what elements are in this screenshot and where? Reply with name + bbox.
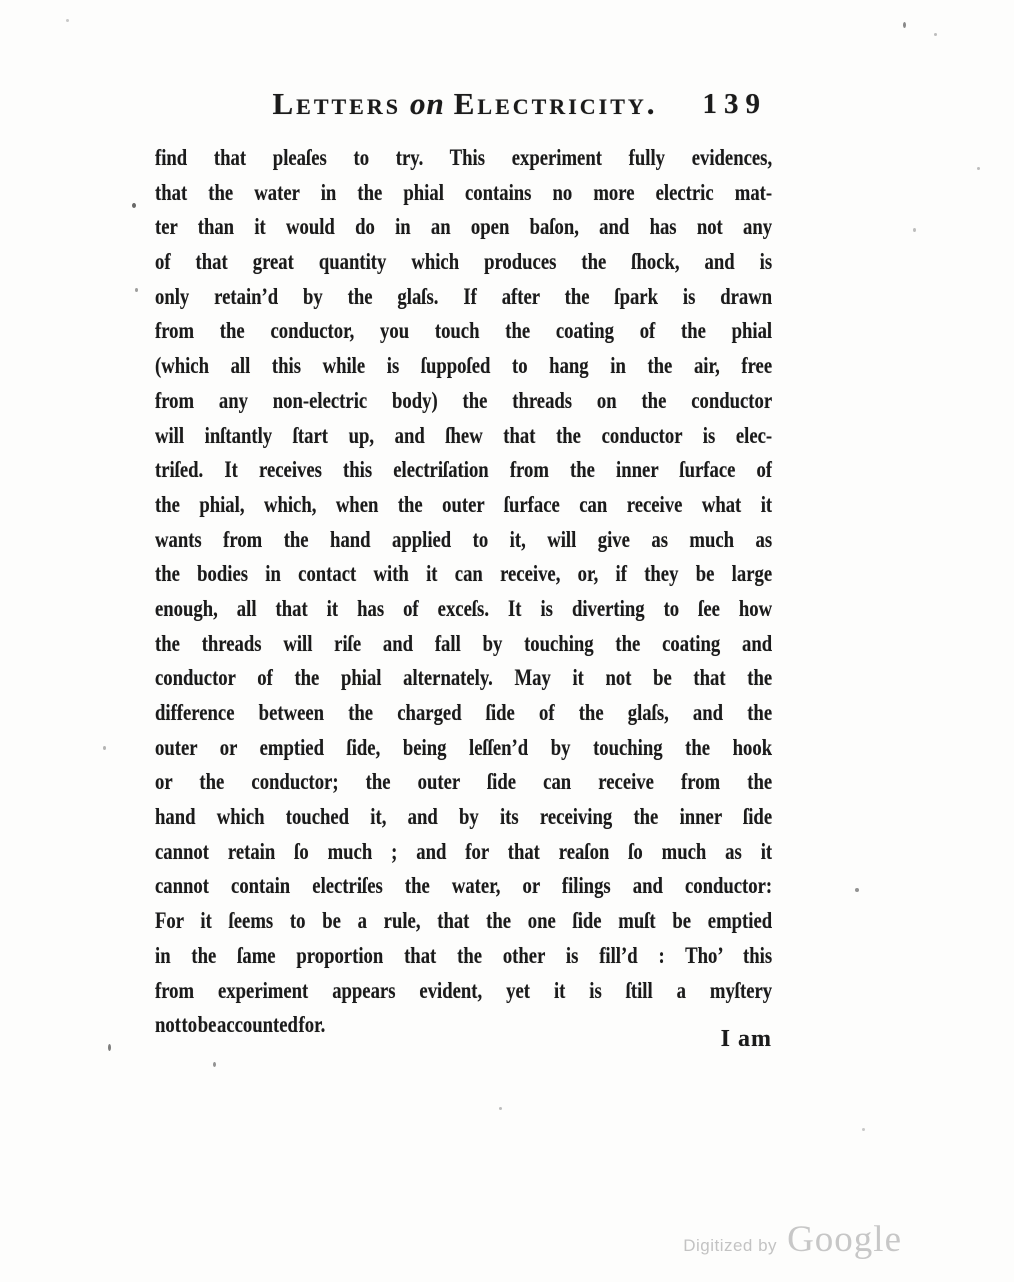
text-line: only retain’d by the glaſs. If after the… (155, 280, 772, 315)
ink-speck (135, 288, 138, 292)
running-title-word-left: Letters (272, 86, 401, 121)
ink-speck (213, 1062, 216, 1067)
book-page-scan: LettersonElectricity. 139 find that plea… (0, 0, 1014, 1282)
closing-line: I am (155, 1026, 772, 1053)
running-title-conjunction: on (410, 86, 445, 121)
text-line: from any non-electric body) the threads … (155, 384, 772, 419)
ink-speck (977, 167, 980, 170)
text-line: For it ſeems to be a rule, that the one … (155, 904, 772, 939)
text-line: enough, all that it has of exceſs. It is… (155, 592, 772, 627)
page-number: 139 (703, 88, 768, 121)
ink-speck (855, 888, 859, 892)
text-line: cannot contain electriſes the water, or … (155, 869, 772, 904)
text-line: outer or emptied ſide, being leſſen’d by… (155, 731, 772, 766)
text-line: the phial, which, when the outer ſurface… (155, 488, 772, 523)
ink-speck (66, 19, 69, 22)
page-header: LettersonElectricity. 139 (155, 86, 775, 126)
google-logo: Google (787, 1218, 902, 1261)
running-title-word-right: Electricity. (454, 86, 658, 121)
text-line: difference between the charged ſide of t… (155, 696, 772, 731)
text-line: that the water in the phial contains no … (155, 176, 772, 211)
running-title: LettersonElectricity. (155, 86, 775, 122)
text-line: find that pleaſes to try. This experimen… (155, 141, 772, 176)
text-line: from experiment appears evident, yet it … (155, 974, 772, 1009)
text-line: conductor of the phial alternately. May … (155, 661, 772, 696)
ink-speck (862, 1128, 865, 1131)
digitized-by-text: Digitized by (683, 1236, 777, 1256)
text-line: from the conductor, you touch the coatin… (155, 314, 772, 349)
text-line: in the ſame proportion that the other is… (155, 939, 772, 974)
ink-speck (913, 228, 916, 232)
watermark: Digitized by Google (683, 1218, 902, 1261)
text-line: ter than it would do in an open baſon, a… (155, 210, 772, 245)
text-line: will inſtantly ſtart up, and ſhew that t… (155, 419, 772, 454)
text-line: of that great quantity which produces th… (155, 245, 772, 280)
text-line: cannot retain ſo much ; and for that rea… (155, 835, 772, 870)
text-line: the threads will riſe and fall by touchi… (155, 627, 772, 662)
ink-speck (103, 746, 106, 750)
ink-speck (499, 1107, 502, 1110)
ink-speck (934, 33, 937, 36)
text-line: wants from the hand applied to it, will … (155, 523, 772, 558)
ink-speck (903, 22, 906, 28)
text-line: triſed. It receives this electriſation f… (155, 453, 772, 488)
body-text: find that pleaſes to try. This experimen… (155, 141, 775, 1043)
text-line: the bodies in contact with it can receiv… (155, 557, 772, 592)
text-line: hand which touched it, and by its receiv… (155, 800, 772, 835)
text-line: (which all this while is ſuppoſed to han… (155, 349, 772, 384)
ink-speck (132, 203, 136, 208)
ink-speck (108, 1044, 111, 1051)
text-line: or the conductor; the outer ſide can rec… (155, 765, 772, 800)
